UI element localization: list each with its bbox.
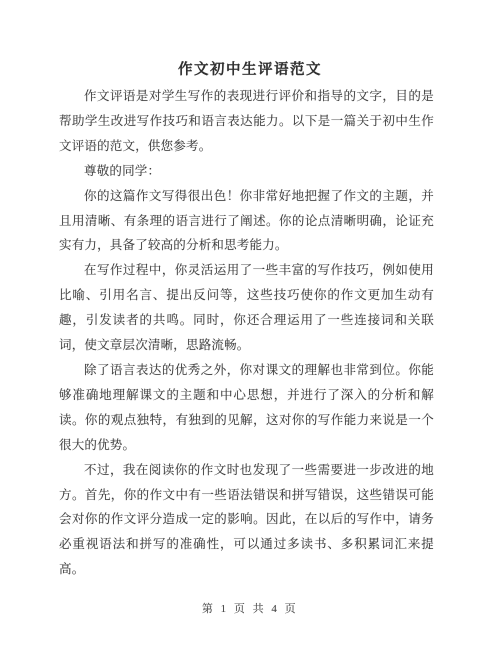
salutation: 尊敬的同学： — [59, 159, 434, 184]
intro-paragraph: 作文评语是对学生写作的表现进行评价和指导的文字，目的是帮助学生改进写作技巧和语言… — [59, 84, 434, 159]
page-title: 作文初中生评语范文 — [0, 58, 500, 79]
comment-paragraph-techniques: 在写作过程中，你灵活运用了一些丰富的写作技巧，例如使用比喻、引用名言、提出反问等… — [59, 258, 434, 358]
comment-paragraph-praise: 你的这篇作文写得很出色！你非常好地把握了作文的主题，并且用清晰、有条理的语言进行… — [59, 184, 434, 259]
document-page: 作文初中生评语范文 作文评语是对学生写作的表现进行评价和指导的文字，目的是帮助学… — [0, 0, 500, 647]
page-footer: 第 1 页 共 4 页 — [0, 600, 500, 616]
document-body: 作文评语是对学生写作的表现进行评价和指导的文字，目的是帮助学生改进写作技巧和语言… — [59, 84, 434, 582]
comment-paragraph-improvements: 不过，我在阅读你的作文时也发现了一些需要进一步改进的地方。首先，你的作文中有一些… — [59, 458, 434, 583]
comment-paragraph-understanding: 除了语言表达的优秀之外，你对课文的理解也非常到位。你能够准确地理解课文的主题和中… — [59, 358, 434, 458]
